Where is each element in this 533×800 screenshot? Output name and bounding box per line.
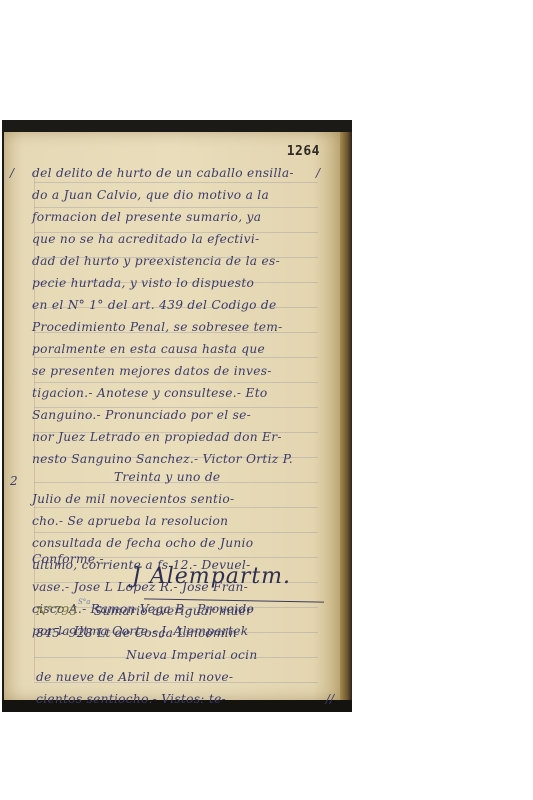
text-line: de nueve de Abril de mil nove- — [36, 670, 326, 684]
entry-header: N°795 Sumario averiguar muer — [36, 604, 326, 618]
text-line: Nueva Imperial ocin — [126, 648, 326, 662]
book-edge — [340, 132, 352, 700]
text-line: cientos sentiocho.- Vistos: te- — [36, 692, 326, 706]
line-end-mark: // — [326, 692, 334, 706]
entry-number: N°795 — [36, 604, 78, 618]
signature: J Alempartm. — [132, 564, 291, 589]
text-line: 845- 928 Lt de Cosca Lincomin — [36, 626, 326, 640]
entry-title: Sumario averiguar muer — [94, 604, 253, 618]
text-line: Conforme.- — [32, 552, 122, 566]
signature-underline — [144, 598, 324, 602]
lower-content: Conforme.- J Alempartm. S°a N°795 Sumari… — [4, 132, 340, 700]
